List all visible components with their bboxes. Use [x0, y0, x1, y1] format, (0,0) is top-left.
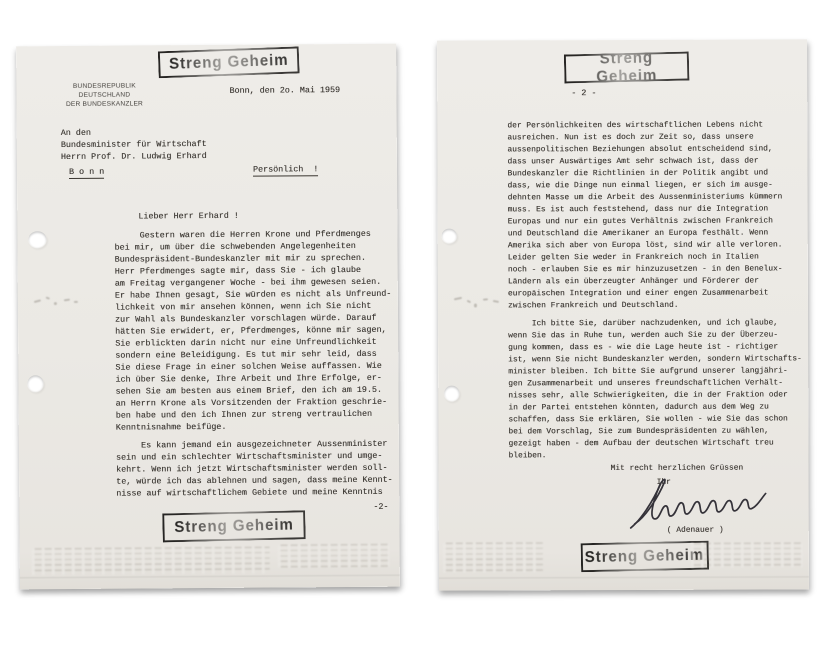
pencil-marks — [452, 292, 507, 310]
paper-crease — [439, 575, 809, 579]
letterhead-line1: BUNDESREPUBLIK DEUTSCHLAND — [52, 81, 156, 100]
recipient-city: B o n n — [69, 166, 104, 178]
bleed-through-text — [278, 544, 390, 568]
typed-signature-name: ( Adenauer ) — [667, 525, 724, 537]
next-page-marker: -2- — [373, 501, 388, 513]
stamp-text: Streng Geheim — [174, 516, 294, 537]
bleed-through-text — [32, 547, 270, 576]
bleed-through-text — [691, 542, 803, 567]
hole-punch — [27, 375, 43, 391]
stamp-text: Streng Geheim — [585, 546, 705, 566]
body-paragraph-1: Gestern waren die Herren Krone und Pferd… — [114, 228, 392, 434]
pencil-marks — [32, 294, 82, 308]
streng-geheim-stamp: Streng Geheim — [564, 51, 690, 83]
letter-page-1: Streng Geheim BUNDESREPUBLIK DEUTSCHLAND… — [16, 44, 400, 590]
city-text: B o n n — [69, 167, 104, 179]
personal-text: Persönlich ! — [253, 164, 318, 176]
body-paragraph-2: Es kann jemand ein ausgezeichneter Ausse… — [116, 438, 393, 500]
date-line: Bonn, den 2o. Mai 1959 — [229, 84, 340, 97]
streng-geheim-stamp: Streng Geheim — [162, 510, 306, 542]
letterhead: BUNDESREPUBLIK DEUTSCHLAND DER BUNDESKAN… — [52, 81, 156, 109]
bleed-through-text — [443, 542, 543, 572]
streng-geheim-stamp: Streng Geheim — [158, 46, 300, 78]
letterhead-line2: DER BUNDESKANZLER — [52, 99, 156, 109]
recipient-address: An den Bundesminister für Wirtschaft Her… — [61, 126, 207, 163]
stamp-text: Streng Geheim — [568, 48, 686, 87]
hole-punch — [28, 231, 46, 247]
salutation: Lieber Herr Erhard ! — [138, 210, 239, 223]
page-number: - 2 - — [571, 87, 596, 99]
personal-note: Persönlich ! — [253, 163, 318, 175]
letter-page-2: Streng Geheim - 2 - der Persönlichkeiten… — [437, 39, 809, 590]
body-paragraph-1: der Persönlichkeiten des wirtschaftliche… — [507, 119, 782, 312]
body-paragraph-2: Ich bitte Sie, darüber nachzudenken, und… — [508, 317, 802, 462]
adenauer-signature — [627, 473, 769, 531]
stamp-text: Streng Geheim — [169, 51, 289, 73]
hole-punch — [442, 229, 457, 243]
document-photo: Streng Geheim BUNDESREPUBLIK DEUTSCHLAND… — [0, 0, 839, 646]
hole-punch — [444, 386, 459, 401]
